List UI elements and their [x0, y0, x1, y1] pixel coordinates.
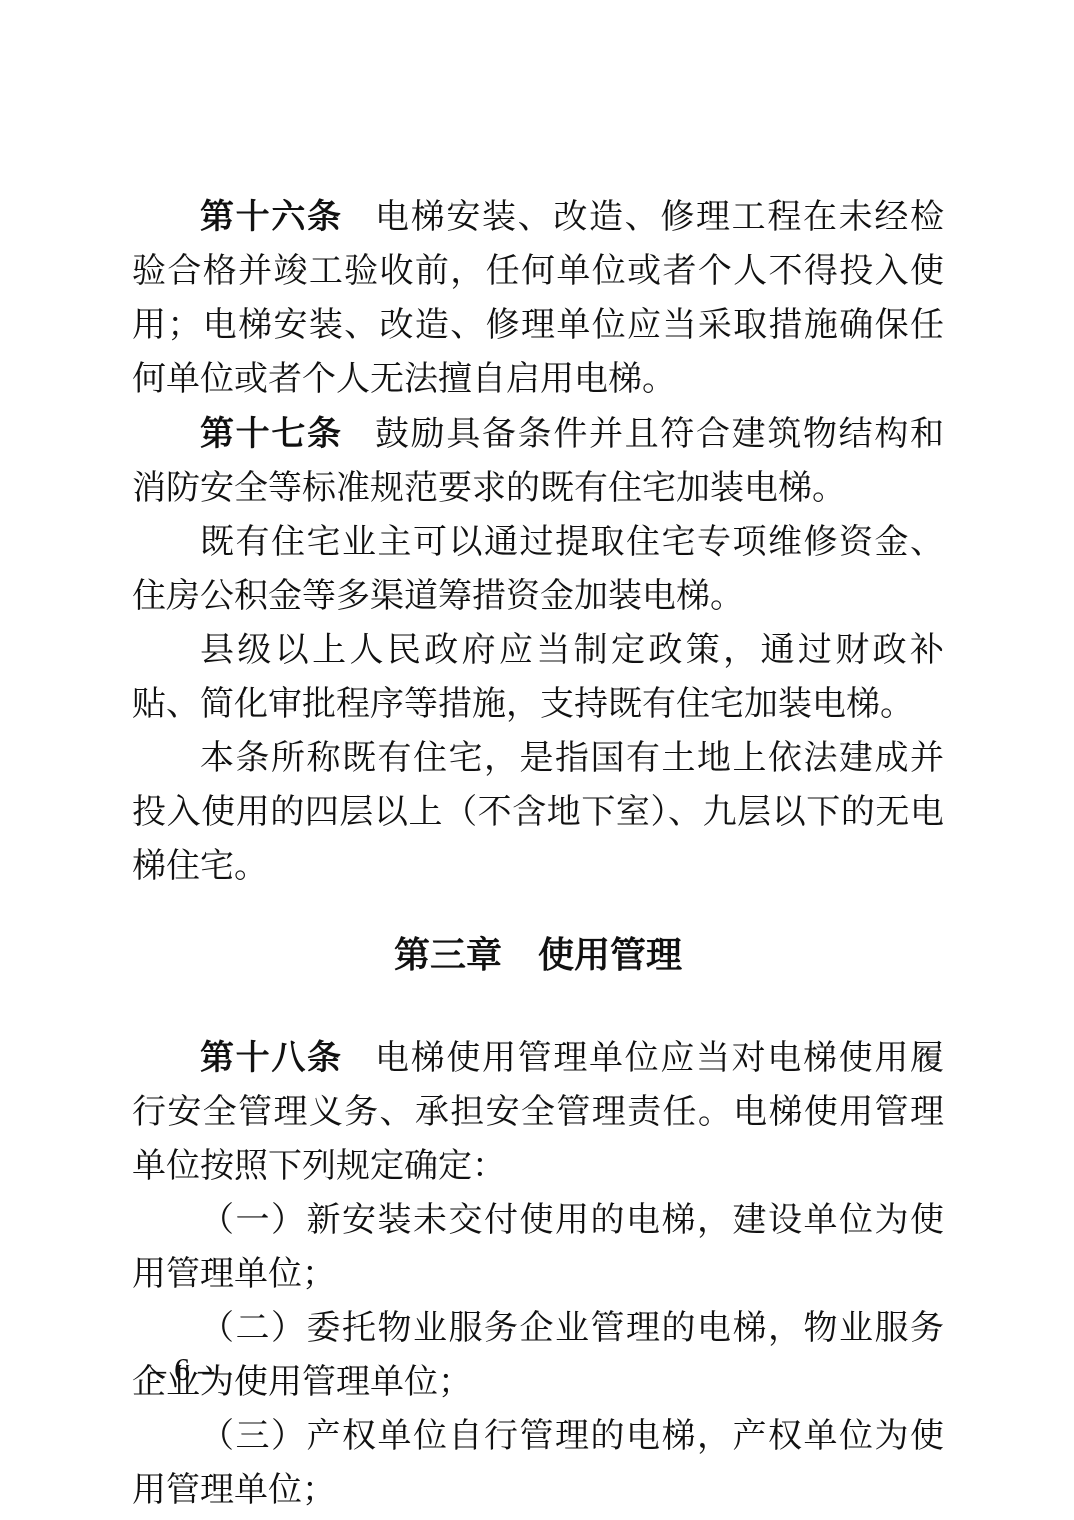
article-16-label: 第十六条 [200, 198, 343, 236]
chapter-3-heading: 第三章 使用管理 [132, 928, 944, 982]
paragraph-funding-channels-text: 既有住宅业主可以通过提取住宅专项维修资金、住房公积金等多渠道筹措资金加装电梯。 [132, 524, 944, 615]
list-item-2-text: （二）委托物业服务企业管理的电梯，物业服务企业为使用管理单位； [132, 1310, 944, 1401]
paragraph-government-policy-text: 县级以上人民政府应当制定政策，通过财政补贴、简化审批程序等措施，支持既有住宅加装… [132, 632, 944, 723]
article-18-paragraph: 第十八条电梯使用管理单位应当对电梯使用履行安全管理义务、承担安全管理责任。电梯使… [132, 1031, 944, 1194]
paragraph-funding-channels: 既有住宅业主可以通过提取住宅专项维修资金、住房公积金等多渠道筹措资金加装电梯。 [132, 516, 944, 624]
paragraph-existing-housing-definition-text: 本条所称既有住宅，是指国有土地上依法建成并投入使用的四层以上（不含地下室）、九层… [132, 740, 944, 885]
document-body: 第十六条电梯安装、改造、修理工程在未经检验合格并竣工验收前，任何单位或者个人不得… [132, 190, 944, 1518]
list-item-1: （一）新安装未交付使用的电梯，建设单位为使用管理单位； [132, 1194, 944, 1302]
document-page: 第十六条电梯安装、改造、修理工程在未经检验合格并竣工验收前，任何单位或者个人不得… [0, 0, 1074, 1520]
paragraph-government-policy: 县级以上人民政府应当制定政策，通过财政补贴、简化审批程序等措施，支持既有住宅加装… [132, 624, 944, 732]
list-item-1-text: （一）新安装未交付使用的电梯，建设单位为使用管理单位； [132, 1202, 944, 1293]
article-18-label: 第十八条 [200, 1039, 343, 1077]
list-item-2: （二）委托物业服务企业管理的电梯，物业服务企业为使用管理单位； [132, 1302, 944, 1410]
paragraph-existing-housing-definition: 本条所称既有住宅，是指国有土地上依法建成并投入使用的四层以上（不含地下室）、九层… [132, 732, 944, 894]
list-item-3-text: （三）产权单位自行管理的电梯，产权单位为使用管理单位； [132, 1418, 944, 1509]
article-16-paragraph: 第十六条电梯安装、改造、修理工程在未经检验合格并竣工验收前，任何单位或者个人不得… [132, 190, 944, 407]
article-17-paragraph: 第十七条鼓励具备条件并且符合建筑物结构和消防安全等标准规范要求的既有住宅加装电梯… [132, 407, 944, 516]
article-17-label: 第十七条 [200, 415, 343, 453]
page-number: – 6 – [150, 1349, 214, 1389]
list-item-3: （三）产权单位自行管理的电梯，产权单位为使用管理单位； [132, 1410, 944, 1518]
